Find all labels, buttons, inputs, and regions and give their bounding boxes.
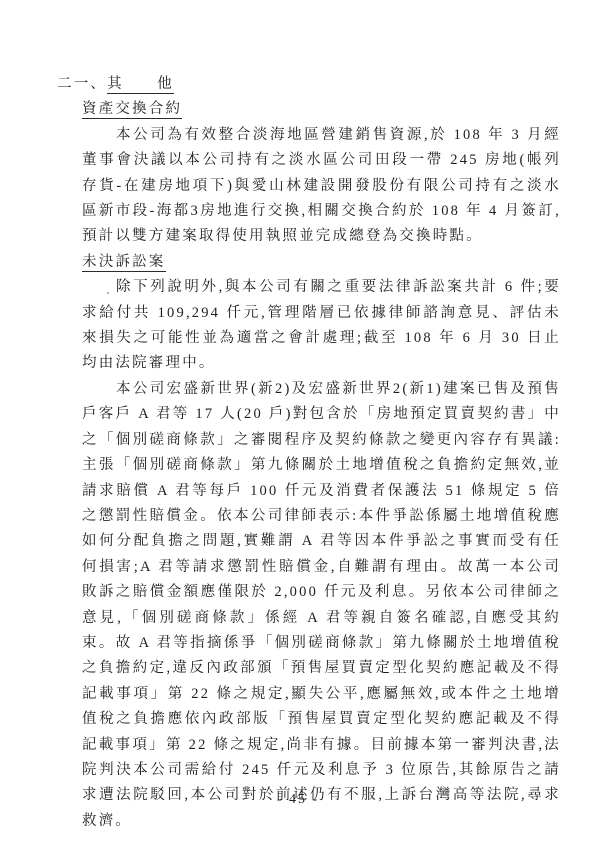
scan-artifact-dot: [107, 292, 109, 294]
section-title: 其 他: [107, 76, 174, 94]
asset-exchange-paragraph: 本公司為有效整合淡海地區營建銷售資源,於 108 年 3 月經董事會決議以本公司…: [82, 123, 561, 250]
litigation-title: 未決訴訟案: [82, 254, 166, 272]
litigation-summary-paragraph: 除下列說明外,與本公司有關之重要法律訴訟案共計 6 件;要求給付共 109,29…: [82, 275, 561, 377]
page-content: 二一、其 他 資產交換合約 本公司為有效整合淡海地區營建銷售資源,於 108 年…: [82, 72, 561, 834]
section-number: 二一、: [57, 76, 107, 92]
page-number: - 45 -: [0, 792, 596, 808]
litigation-detail-paragraph: 本公司宏盛新世界(新2)及宏盛新世界2(新1)建案已售及預售戶客戶 A 君等 1…: [82, 377, 561, 834]
section-heading: 二一、其 他: [57, 72, 561, 97]
asset-exchange-title: 資產交換合約: [82, 101, 182, 119]
subsection-heading-asset-exchange: 資產交換合約: [82, 97, 561, 122]
document-page: 二一、其 他 資產交換合約 本公司為有效整合淡海地區營建銷售資源,於 108 年…: [0, 0, 596, 842]
scan-artifact-dot: [141, 761, 143, 763]
subsection-heading-litigation: 未決訴訟案: [82, 250, 561, 275]
